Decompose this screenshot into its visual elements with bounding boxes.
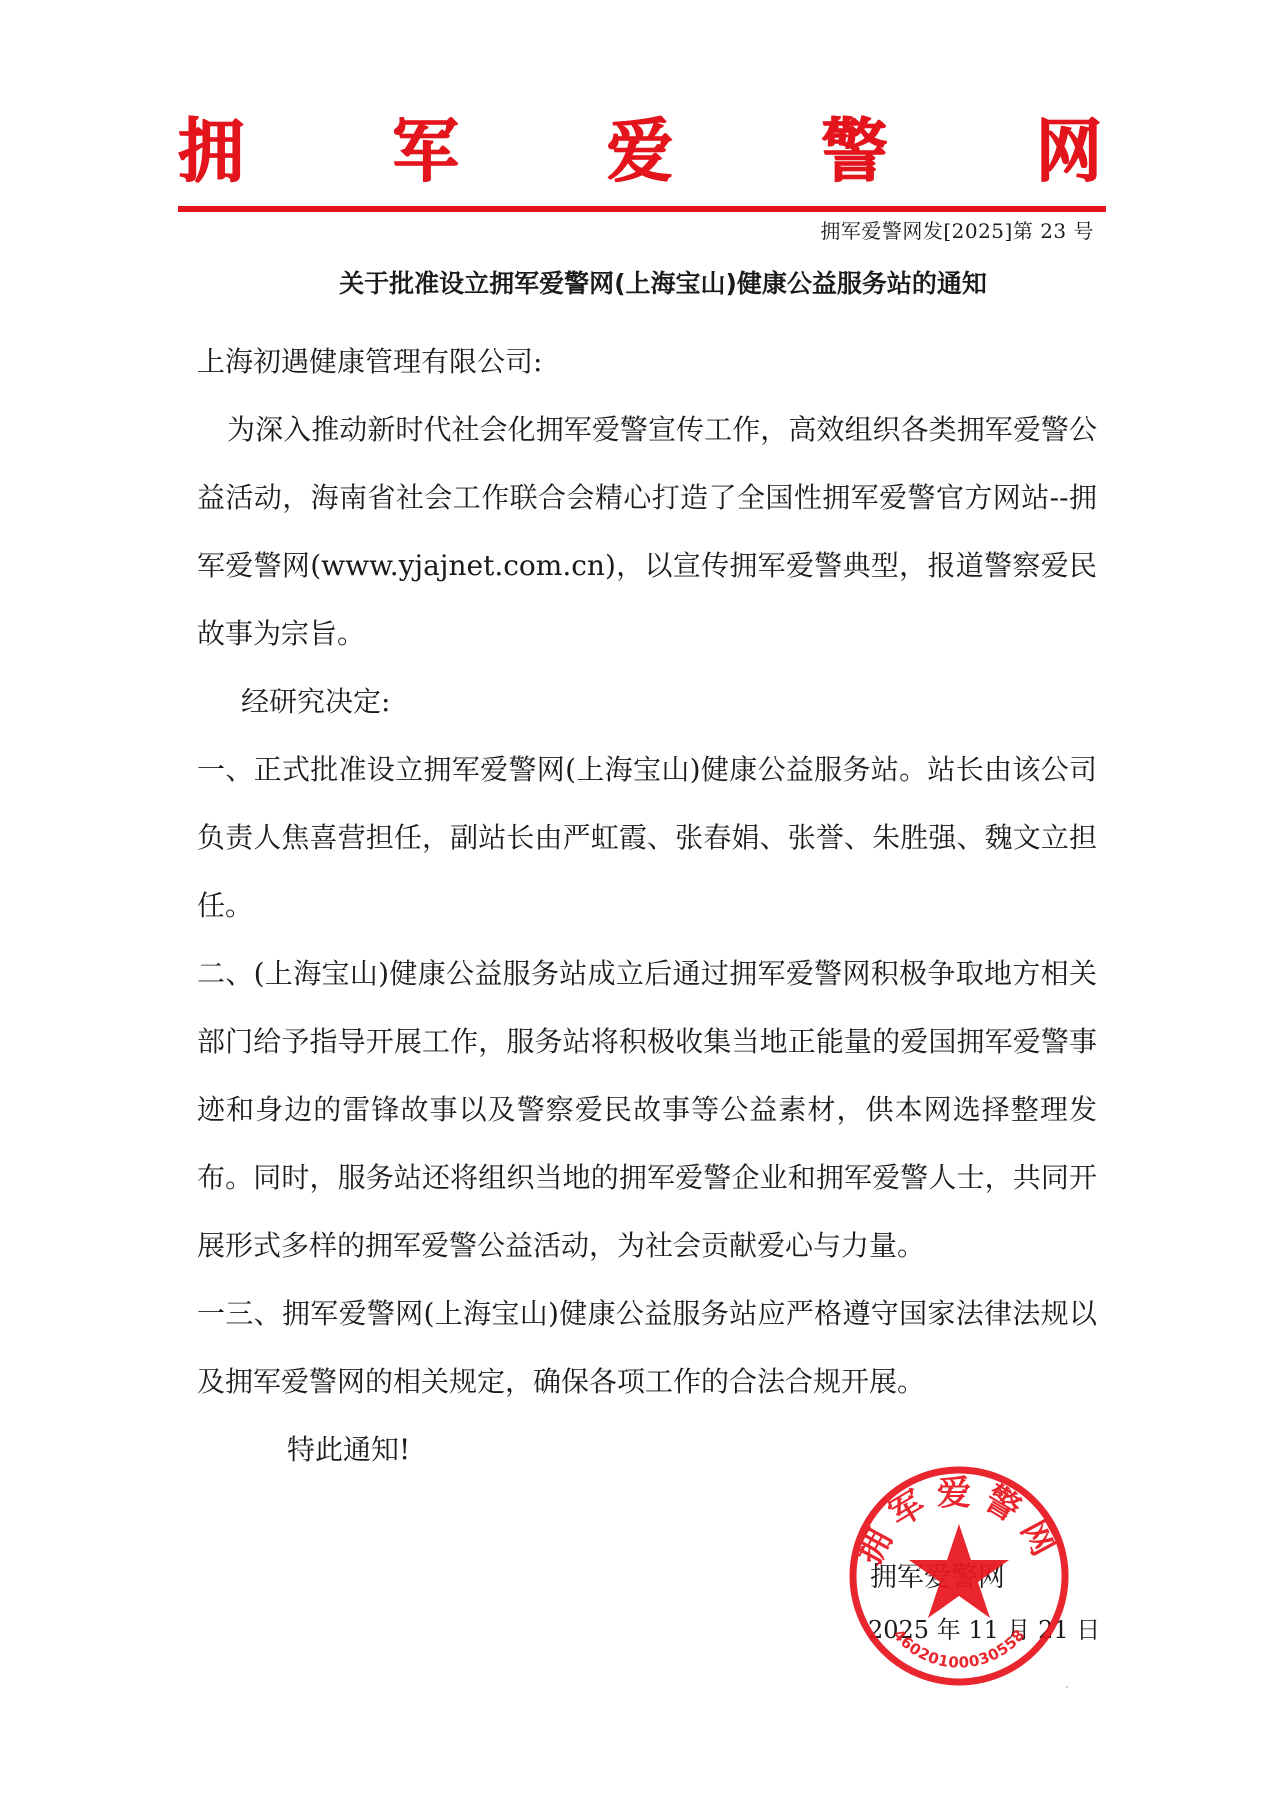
masthead: 拥 军 爱 警 网 bbox=[178, 112, 1102, 192]
masthead-char: 警 bbox=[822, 110, 888, 194]
decision-heading: 经研究决定: bbox=[197, 668, 1097, 736]
decision-item-1: 一、正式批准设立拥军爱警网(上海宝山)健康公益服务站。站长由该公司负责人焦喜营担… bbox=[197, 736, 1097, 940]
decision-item-2: 二、(上海宝山)健康公益服务站成立后通过拥军爱警网积极争取地方相关部门给予指导开… bbox=[197, 940, 1097, 1280]
masthead-char: 拥 bbox=[178, 110, 244, 194]
seal-serial: 46020100030558 bbox=[889, 1626, 1028, 1672]
masthead-char: 网 bbox=[1036, 110, 1102, 194]
recipient: 上海初遇健康管理有限公司: bbox=[197, 328, 1097, 396]
decision-item-3: 一三、拥军爱警网(上海宝山)健康公益服务站应严格遵守国家法律法规以及拥军爱警网的… bbox=[197, 1280, 1097, 1416]
svg-text:46020100030558: 46020100030558 bbox=[889, 1626, 1028, 1672]
header-divider bbox=[178, 206, 1106, 212]
document-body: 上海初遇健康管理有限公司: 为深入推动新时代社会化拥军爱警宣传工作，高效组织各类… bbox=[197, 328, 1097, 1484]
document-title: 关于批准设立拥军爱警网(上海宝山)健康公益服务站的通知 bbox=[0, 264, 1280, 304]
intro-paragraph: 为深入推动新时代社会化拥军爱警宣传工作，高效组织各类拥军爱警公益活动，海南省社会… bbox=[197, 396, 1097, 668]
official-seal-icon: 拥军爱警网 46020100030558 bbox=[845, 1462, 1073, 1690]
masthead-char: 爱 bbox=[607, 110, 673, 194]
masthead-char: 军 bbox=[393, 110, 459, 194]
document-number: 拥军爱警网发[2025]第 23 号 bbox=[820, 217, 1094, 245]
